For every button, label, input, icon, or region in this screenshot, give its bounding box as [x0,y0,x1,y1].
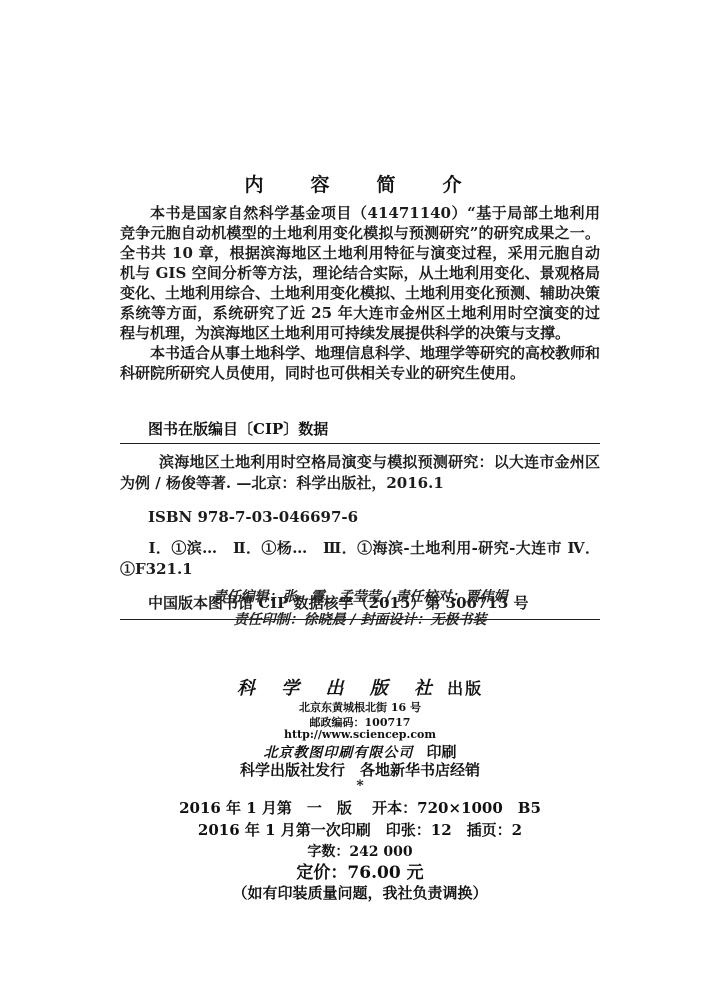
intro-paragraph-1: 本书是国家自然科学基金项目（41471140）“基于局部土地利用竞争元胞自动机模… [120,203,600,343]
publisher-url: http://www.sciencep.com [120,728,600,741]
cip-classification: Ⅰ．①滨… Ⅱ．①杨… Ⅲ．①海滨-土地利用-研究-大连市 Ⅳ．①F321.1 [120,538,600,580]
publisher-address: 北京东黄城根北街 16 号 [120,699,600,715]
publisher-suffix: 出版 [447,679,483,698]
publisher-name: 科 学 出 版 社 [237,678,442,699]
editorial-credits: 责任编辑：张 震 孟莹莹 / 责任校对：贾伟娟 责任印制：徐晓晨 / 封面设计：… [120,586,600,632]
intro-summary: 本书是国家自然科学基金项目（41471140）“基于局部土地利用竞争元胞自动机模… [120,203,600,383]
credits-line-print-design: 责任印制：徐晓晨 / 封面设计：无极书装 [120,609,600,632]
cip-header: 图书在版编目〔CIP〕数据 [120,418,600,439]
intro-paragraph-2: 本书适合从事土地科学、地理信息科学、地理学等研究的高校教师和科研院所研究人员使用… [120,343,600,383]
edition-line: 2016 年 1 月第 一 版 开本：720×1000 B5 [120,797,600,818]
cip-top-rule [120,443,600,444]
distribution-line: 科学出版社发行 各地新华书店经销 [120,759,600,780]
price-line: 定价：76.00 元 [120,858,600,883]
cip-isbn: ISBN 978-7-03-046697-6 [120,508,600,526]
credits-line-editors: 责任编辑：张 震 孟莹莹 / 责任校对：贾伟娟 [120,586,600,609]
intro-title: 内 容 简 介 [120,170,600,197]
impression-line: 2016 年 1 月第一次印刷 印张：12 插页：2 [120,819,600,840]
cip-title-line: 滨海地区土地利用时空格局演变与模拟预测研究：以大连市金州区为例 / 杨俊等著. … [120,452,600,494]
book-copyright-page: 内 容 简 介 本书是国家自然科学基金项目（41471140）“基于局部土地利用… [0,0,720,1000]
quality-notice: （如有印装质量问题，我社负责调换） [120,882,600,903]
publisher-line: 科 学 出 版 社 出版 [120,674,600,700]
separator-star: * [120,778,600,794]
